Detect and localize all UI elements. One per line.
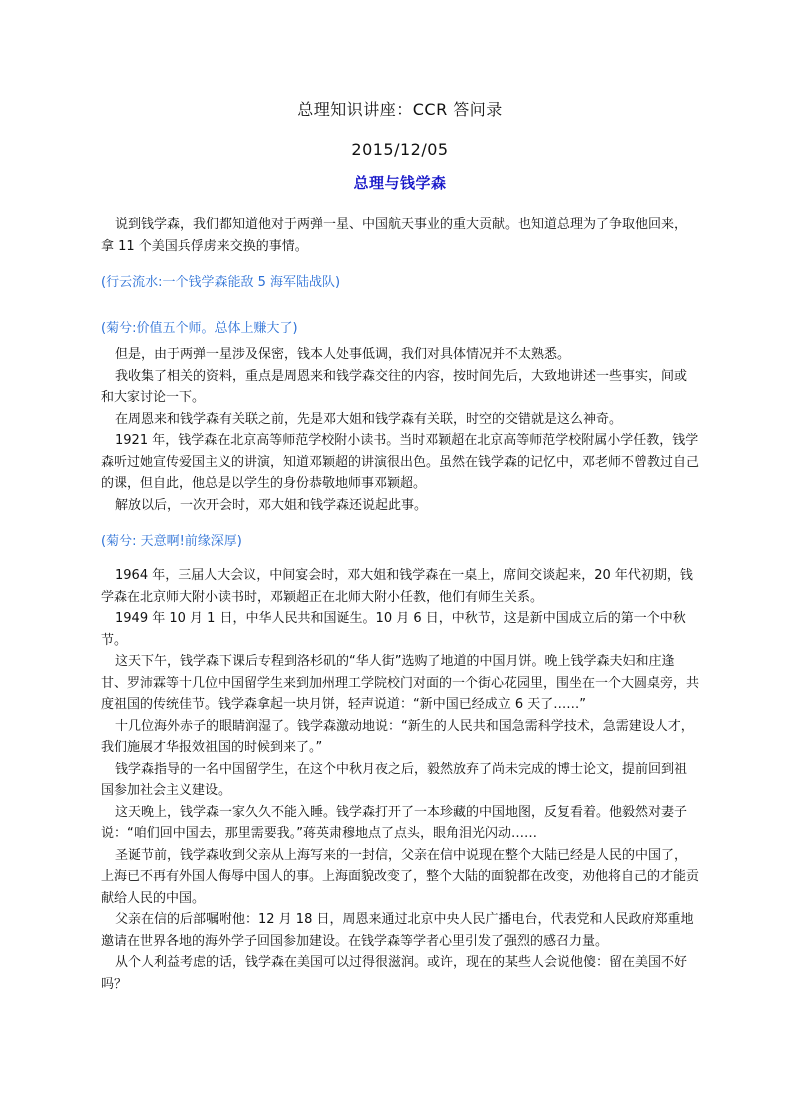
comment-block-2: (菊兮:价值五个师。总体上赚大了) — [101, 318, 699, 339]
reader-comment: (行云流水:一个钱学森能敌 5 海军陆战队) — [101, 272, 699, 293]
paragraph: 十几位海外赤子的眼睛润湿了。钱学森激动地说：“新生的人民共和国急需科学技术，急需… — [101, 716, 699, 759]
document-date: 2015/12/05 — [0, 140, 800, 159]
body-block-2: 1964 年，三届人大会议，中间宴会时，邓大姐和钱学森在一桌上，席间交谈起来，2… — [101, 565, 699, 995]
paragraph: 我收集了相关的资料，重点是周恩来和钱学森交往的内容，按时间先后，大致地讲述一些事… — [101, 366, 699, 409]
document-title: 总理知识讲座：CCR 答问录 — [0, 97, 800, 120]
document-page: 总理知识讲座：CCR 答问录 2015/12/05 总理与钱学森 说到钱学森，我… — [0, 0, 800, 1100]
paragraph: 父亲在信的后部嘱咐他：12 月 18 日，周恩来通过北京中央人民广播电台，代表党… — [101, 909, 699, 952]
intro-block: 说到钱学森，我们都知道他对于两弹一星、中国航天事业的重大贡献。也知道总理为了争取… — [101, 214, 699, 257]
paragraph: 这天晚上，钱学森一家久久不能入睡。钱学森打开了一本珍藏的中国地图，反复看着。他毅… — [101, 802, 699, 845]
paragraph: 1964 年，三届人大会议，中间宴会时，邓大姐和钱学森在一桌上，席间交谈起来，2… — [101, 565, 699, 608]
paragraph: 解放以后，一次开会时，邓大姐和钱学森还说起此事。 — [101, 495, 699, 517]
reader-comment: (菊兮:价值五个师。总体上赚大了) — [101, 318, 699, 339]
comment-block-1: (行云流水:一个钱学森能敌 5 海军陆战队) — [101, 272, 699, 293]
paragraph: 但是，由于两弹一星涉及保密，钱本人处事低调，我们对具体情况并不太熟悉。 — [101, 344, 699, 366]
reader-comment: (菊兮: 天意啊!前缘深厚) — [101, 531, 699, 552]
paragraph: 从个人利益考虑的话，钱学森在美国可以过得很滋润。或许，现在的某些人会说他傻：留在… — [101, 952, 699, 995]
paragraph: 圣诞节前，钱学森收到父亲从上海写来的一封信，父亲在信中说现在整个大陆已经是人民的… — [101, 845, 699, 910]
paragraph: 1949 年 10 月 1 日，中华人民共和国诞生。10 月 6 日，中秋节，这… — [101, 608, 699, 651]
body-block-1: 但是，由于两弹一星涉及保密，钱本人处事低调，我们对具体情况并不太熟悉。 我收集了… — [101, 344, 699, 516]
section-subtitle: 总理与钱学森 — [0, 172, 800, 193]
paragraph: 在周恩来和钱学森有关联之前，先是邓大姐和钱学森有关联，时空的交错就是这么神奇。 — [101, 409, 699, 431]
paragraph: 钱学森指导的一名中国留学生，在这个中秋月夜之后，毅然放弃了尚未完成的博士论文，提… — [101, 759, 699, 802]
comment-block-3: (菊兮: 天意啊!前缘深厚) — [101, 531, 699, 552]
paragraph-intro: 说到钱学森，我们都知道他对于两弹一星、中国航天事业的重大贡献。也知道总理为了争取… — [101, 214, 699, 257]
paragraph: 1921 年，钱学森在北京高等师范学校附小读书。当时邓颖超在北京高等师范学校附属… — [101, 430, 699, 495]
paragraph: 这天下午，钱学森下课后专程到洛杉矶的“华人街”选购了地道的中国月饼。晚上钱学森夫… — [101, 651, 699, 716]
